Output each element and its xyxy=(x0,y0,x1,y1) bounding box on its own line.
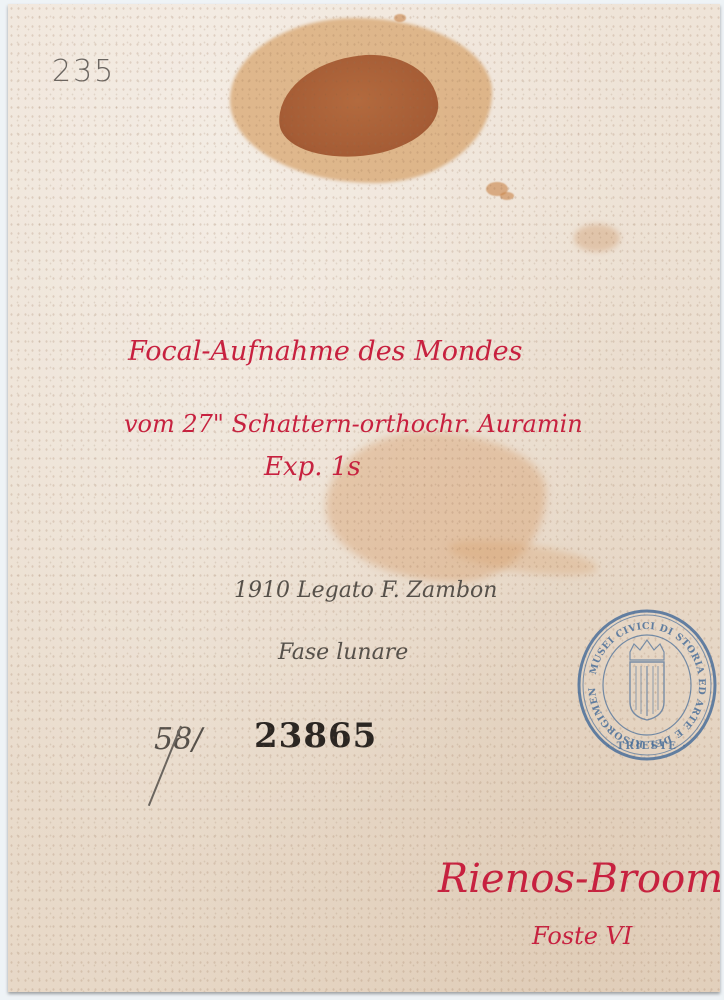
annotation-line-3: Exp. 1s xyxy=(264,452,361,482)
annotation-line-1: Focal-Aufnahme des Mondes xyxy=(128,336,523,367)
stamp-ring-text: MUSEI CIVICI DI STORIA ED ARTE E DEL RIS… xyxy=(574,606,707,749)
photo-card-back: 235 Focal-Aufnahme des Mondes vom 27" Sc… xyxy=(8,4,720,992)
stamp-bottom-text: · TRIESTE · xyxy=(607,741,688,752)
svg-text:MUSEI CIVICI DI STORIA ED ARTE: MUSEI CIVICI DI STORIA ED ARTE E DEL RIS… xyxy=(574,606,707,749)
museum-stamp: MUSEI CIVICI DI STORIA ED ARTE E DEL RIS… xyxy=(574,606,720,764)
stain-right xyxy=(574,224,620,252)
stain-speck xyxy=(394,14,406,22)
inventory-number: 235 xyxy=(52,54,115,89)
stamped-inventory-number: 23865 xyxy=(254,716,377,756)
annotation-line-2: vom 27" Schattern-orthochr. Auramin xyxy=(124,410,583,438)
coat-of-arms-icon xyxy=(630,640,664,720)
pencil-note-legacy: 1910 Legato F. Zambon xyxy=(234,578,497,603)
signature: Rienos-Broom xyxy=(438,856,720,902)
signature-subline: Foste VI xyxy=(532,922,632,950)
pencil-note-phase: Fase lunare xyxy=(278,640,408,665)
stain-speck xyxy=(500,192,514,200)
